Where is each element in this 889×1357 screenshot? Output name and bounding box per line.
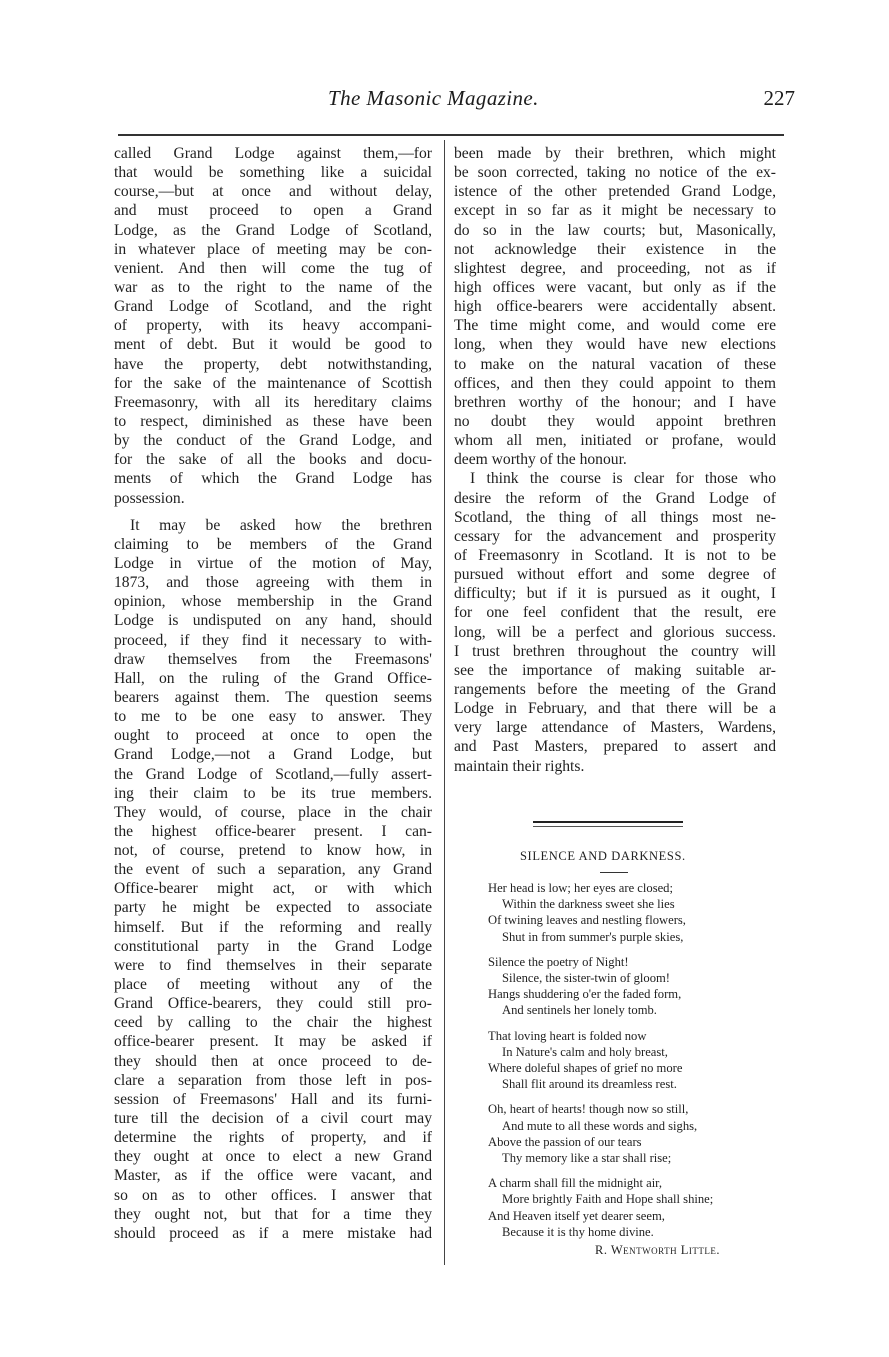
text-line: the Grand Lodge of Scotland,—fully asser… — [114, 765, 432, 784]
text-line: see the importance of making suitable ar… — [454, 661, 776, 680]
text-line: high office-bearers were accidentally ab… — [454, 297, 776, 316]
verse-line: Thy memory like a star shall rise; — [488, 1150, 788, 1166]
text-line: and must proceed to open a Grand — [114, 201, 432, 220]
text-line: difficulty; but if it is pursued as it o… — [454, 584, 776, 603]
text-line: desire the reform of the Grand Lodge of — [454, 489, 776, 508]
paragraph: been made by their brethren, which might… — [454, 144, 776, 469]
text-line: Lodge in February, and that there will b… — [454, 699, 776, 718]
page-number: 227 — [764, 86, 796, 111]
text-line: do so in the law courts; but, Masonicall… — [454, 221, 776, 240]
text-line: have the property, debt notwithstanding, — [114, 355, 432, 374]
column-divider — [444, 140, 445, 1265]
text-line: claiming to be members of the Grand — [114, 535, 432, 554]
verse-line: In Nature's calm and holy breast, — [488, 1044, 788, 1060]
paragraph: I think the course is clear for those wh… — [454, 469, 776, 775]
text-line: place of meeting without any of the — [114, 975, 432, 994]
verse-line: Shut in from summer's purple skies, — [488, 929, 788, 945]
verse-line: And mute to all these words and sighs, — [488, 1118, 788, 1134]
text-line: so on as to other offices. I answer that — [114, 1186, 432, 1205]
text-line: 1873, and those agreeing with them in — [114, 573, 432, 592]
text-line: session of Freemasons' Hall and its furn… — [114, 1090, 432, 1109]
text-line: for the sake of the maintenance of Scott… — [114, 374, 432, 393]
text-line: Office-bearer might act, or with which — [114, 879, 432, 898]
magazine-page: The Masonic Magazine. 227 called Grand L… — [0, 0, 889, 1357]
text-line: Grand Lodge,—not a Grand Lodge, but — [114, 745, 432, 764]
text-line: brethren worthy of the honour; and I hav… — [454, 393, 776, 412]
text-line: except in so far as it might be necessar… — [454, 201, 776, 220]
verse-line: Her head is low; her eyes are closed; — [488, 880, 788, 896]
text-line: should proceed as if a mere mistake had — [114, 1224, 432, 1243]
text-line: very large attendance of Masters, Warden… — [454, 718, 776, 737]
text-line: long, when they would have new elections — [454, 335, 776, 354]
text-line: Lodge in virtue of the motion of May, — [114, 554, 432, 573]
text-line: They would, of course, place in the chai… — [114, 803, 432, 822]
verse-line: Of twining leaves and nestling flowers, — [488, 912, 788, 928]
verse-line: Silence the poetry of Night! — [488, 954, 788, 970]
text-line: Hall, on the ruling of the Grand Office- — [114, 669, 432, 688]
text-line: course,—but at once and without delay, — [114, 182, 432, 201]
text-line: constitutional party in the Grand Lodge — [114, 937, 432, 956]
text-line: party he might be expected to associate — [114, 898, 432, 917]
text-line: no doubt they would appoint brethren — [454, 412, 776, 431]
verse-line: And sentinels her lonely tomb. — [488, 1002, 788, 1018]
verse-line: Because it is thy home divine. — [488, 1224, 788, 1240]
text-line: pursued without effort and some degree o… — [454, 565, 776, 584]
text-line: I trust brethren throughout the country … — [454, 642, 776, 661]
text-line: Master, as if the office were vacant, an… — [114, 1166, 432, 1185]
text-line: for one feel confident that the result, … — [454, 603, 776, 622]
text-line: not acknowledge their existence in the — [454, 240, 776, 259]
text-line: the highest office-bearer present. I can… — [114, 822, 432, 841]
verse-line: And Heaven itself yet dearer seem, — [488, 1208, 788, 1224]
text-line: to me to be one easy to answer. They — [114, 707, 432, 726]
text-line: offices, and then they could appoint to … — [454, 374, 776, 393]
text-line: bearers against them. The question seems — [114, 688, 432, 707]
stanza: Oh, heart of hearts! though now so still… — [488, 1101, 788, 1166]
poem-title: SILENCE AND DARKNESS. — [520, 849, 686, 864]
text-line: of Freemasonry in Scotland. It is not to… — [454, 546, 776, 565]
paragraph-gap — [114, 508, 432, 516]
verse-line: That loving heart is folded now — [488, 1028, 788, 1044]
text-line: Grand Lodge of Scotland, and the right — [114, 297, 432, 316]
text-line: been made by their brethren, which might — [454, 144, 776, 163]
text-line: clare a separation from those left in po… — [114, 1071, 432, 1090]
text-line: determine the rights of property, and if — [114, 1128, 432, 1147]
poem-body: Her head is low; her eyes are closed; Wi… — [488, 880, 788, 1249]
text-line: called Grand Lodge against them,—for — [114, 144, 432, 163]
verse-line: Within the darkness sweet she lies — [488, 896, 788, 912]
text-line: The time might come, and would come ere — [454, 316, 776, 335]
text-line: the event of such a separation, any Gran… — [114, 860, 432, 879]
running-title: The Masonic Magazine. — [328, 86, 539, 111]
section-divider-rule — [533, 821, 683, 827]
text-line: for the sake of all the books and docu- — [114, 450, 432, 469]
text-line: high offices were vacant, but only as if… — [454, 278, 776, 297]
text-line: Grand Office-bearers, they could still p… — [114, 994, 432, 1013]
text-line: Freemasonry, with all its hereditary cla… — [114, 393, 432, 412]
text-line: whom all men, initiated or profane, woul… — [454, 431, 776, 450]
text-line: rangements before the meeting of the Gra… — [454, 680, 776, 699]
text-line: possession. — [114, 489, 432, 508]
text-line: Scotland, the thing of all things most n… — [454, 508, 776, 527]
verse-line: Silence, the sister-twin of gloom! — [488, 970, 788, 986]
text-line: in whatever place of meeting may be con- — [114, 240, 432, 259]
text-line: It may be asked how the brethren — [114, 516, 432, 535]
text-line: ing their claim to be its true members. — [114, 784, 432, 803]
verse-line: More brightly Faith and Hope shall shine… — [488, 1191, 788, 1207]
text-line: by the conduct of the Grand Lodge, and — [114, 431, 432, 450]
running-head: The Masonic Magazine. 227 — [100, 86, 795, 118]
text-line: venient. And then will come the tug of — [114, 259, 432, 278]
verse-line: Where doleful shapes of grief no more — [488, 1060, 788, 1076]
text-line: proceed, if they find it necessary to wi… — [114, 631, 432, 650]
text-line: not, of course, pretend to know how, in — [114, 841, 432, 860]
text-line: deem worthy of the honour. — [454, 450, 776, 469]
text-line: to make on the natural vacation of these — [454, 355, 776, 374]
stanza: A charm shall fill the midnight air, Mor… — [488, 1175, 788, 1240]
stanza: That loving heart is folded now In Natur… — [488, 1028, 788, 1093]
verse-line: Oh, heart of hearts! though now so still… — [488, 1101, 788, 1117]
text-line: Lodge, as the Grand Lodge of Scotland, — [114, 221, 432, 240]
text-line: opinion, whose membership in the Grand — [114, 592, 432, 611]
text-line: were to find themselves in their separat… — [114, 956, 432, 975]
text-line: draw themselves from the Freemasons' — [114, 650, 432, 669]
text-line: office-bearer present. It may be asked i… — [114, 1032, 432, 1051]
text-line: I think the course is clear for those wh… — [454, 469, 776, 488]
text-line: to respect, diminished as these have bee… — [114, 412, 432, 431]
text-line: they ought not, but that for a time they — [114, 1205, 432, 1224]
text-line: long, will be a perfect and glorious suc… — [454, 623, 776, 642]
text-line: they ought at once to elect a new Grand — [114, 1147, 432, 1166]
left-column: called Grand Lodge against them,—for tha… — [114, 144, 432, 1243]
text-line: and Past Masters, prepared to assert and — [454, 737, 776, 756]
text-line: ought to proceed at once to open the — [114, 726, 432, 745]
verse-line: A charm shall fill the midnight air, — [488, 1175, 788, 1191]
paragraph: It may be asked how the brethren claimin… — [114, 516, 432, 1243]
text-line: war as to the right to the name of the — [114, 278, 432, 297]
text-line: ments of which the Grand Lodge has — [114, 469, 432, 488]
text-line: that would be something like a suicidal — [114, 163, 432, 182]
header-rule — [118, 134, 784, 136]
text-line: of property, with its heavy accompani- — [114, 316, 432, 335]
text-line: istence of the other pretended Grand Lod… — [454, 182, 776, 201]
text-line: Lodge is undisputed on any hand, should — [114, 611, 432, 630]
paragraph: called Grand Lodge against them,—for tha… — [114, 144, 432, 508]
right-column: been made by their brethren, which might… — [454, 144, 776, 776]
text-line: ment of debt. But it would be good to — [114, 335, 432, 354]
text-line: himself. But if the reforming and really — [114, 918, 432, 937]
text-line: maintain their rights. — [454, 757, 776, 776]
poem-author-signature: R. Wentworth Little. — [595, 1243, 720, 1258]
verse-line: Shall flit around its dreamless rest. — [488, 1076, 788, 1092]
stanza: Her head is low; her eyes are closed; Wi… — [488, 880, 788, 945]
verse-line: Above the passion of our tears — [488, 1134, 788, 1150]
text-line: ceed by calling to the chair the highest — [114, 1013, 432, 1032]
text-line: slightest degree, and proceeding, not as… — [454, 259, 776, 278]
text-line: ture till the decision of a civil court … — [114, 1109, 432, 1128]
title-underline — [600, 872, 628, 873]
verse-line: Hangs shuddering o'er the faded form, — [488, 986, 788, 1002]
text-line: be soon corrected, taking no notice of t… — [454, 163, 776, 182]
text-line: cessary for the advancement and prosperi… — [454, 527, 776, 546]
stanza: Silence the poetry of Night! Silence, th… — [488, 954, 788, 1019]
text-line: they should then at once proceed to de- — [114, 1052, 432, 1071]
